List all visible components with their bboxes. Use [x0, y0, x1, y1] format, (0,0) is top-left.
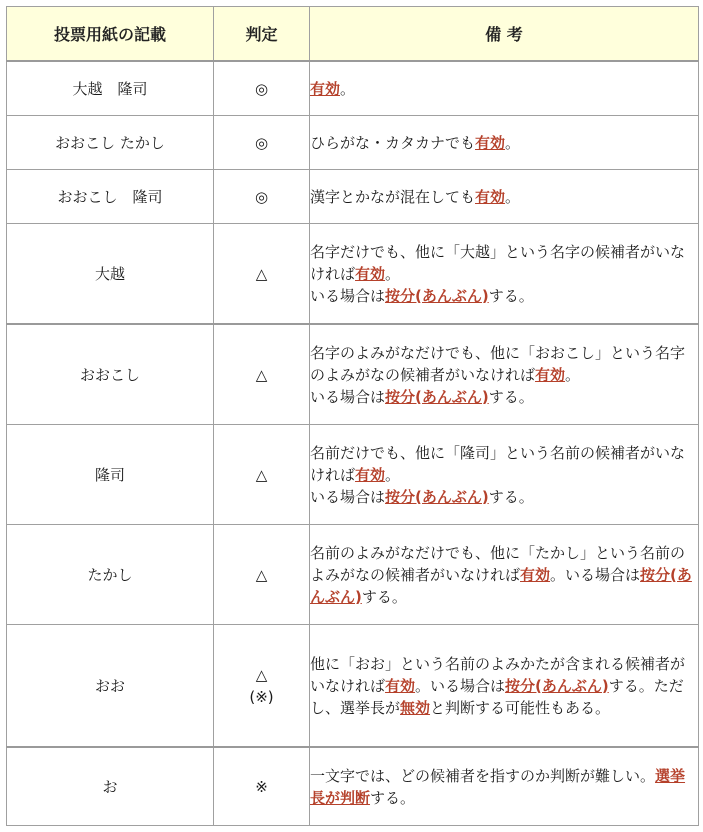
header-verdict: 判定 — [214, 7, 310, 62]
verdict-double-circle-icon: ◎ — [214, 132, 309, 154]
verdict-cell: △ — [214, 324, 310, 425]
note-cell: 名字だけでも、他に「大越」という名字の候補者がいなければ有効。いる場合は按分(あ… — [310, 224, 699, 325]
verdict-reference-mark-icon: ※ — [214, 776, 309, 798]
verdict-triangle-icon: △ — [214, 464, 309, 486]
keyword-link[interactable]: 按分(あんぶん) — [385, 488, 489, 506]
note-text: 漢字とかなが混在しても — [310, 188, 475, 206]
keyword-link[interactable]: 按分(あんぶん) — [505, 677, 609, 695]
table-row: お ※ 一文字では、どの候補者を指すのか判断が難しい。選挙長が判断する。 — [7, 747, 699, 826]
table-row: 隆司 △ 名前だけでも、他に「隆司」という名前の候補者がいなければ有効。いる場合… — [7, 425, 699, 525]
table-row: 大越 隆司 ◎ 有効。 — [7, 61, 699, 116]
verdict-cell: △ — [214, 224, 310, 325]
verdict-cell: ◎ — [214, 61, 310, 116]
ballot-entry-cell: おお — [7, 625, 214, 748]
note-cell: 名前のよみがなだけでも、他に「たかし」という名前のよみがなの候補者がいなければ有… — [310, 525, 699, 625]
verdict-cell: △ — [214, 425, 310, 525]
verdict-double-circle-icon: ◎ — [214, 186, 309, 208]
ballot-entry-cell: 隆司 — [7, 425, 214, 525]
table-row: 大越 △ 名字だけでも、他に「大越」という名字の候補者がいなければ有効。いる場合… — [7, 224, 699, 325]
verdict-cell: △ — [214, 525, 310, 625]
header-ballot-entry: 投票用紙の記載 — [7, 7, 214, 62]
note-text: する。 — [489, 287, 534, 305]
note-cell: 名字のよみがなだけでも、他に「おおこし」という名字のよみがなの候補者がいなければ… — [310, 324, 699, 425]
table-row: おお △ (※) 他に「おお」という名前のよみかたが含まれる候補者がいなければ有… — [7, 625, 699, 748]
keyword-link[interactable]: 有効 — [355, 265, 385, 283]
verdict-reference-mark: (※) — [214, 686, 309, 708]
table-header-row: 投票用紙の記載 判定 備 考 — [7, 7, 699, 62]
note-text: いる場合は — [310, 488, 385, 506]
note-text: 名字のよみがなだけでも、他に「おおこし」という名字のよみがなの候補者がいなければ — [310, 344, 685, 384]
table-row: おおこし △ 名字のよみがなだけでも、他に「おおこし」という名字のよみがなの候補… — [7, 324, 699, 425]
note-cell: 有効。 — [310, 61, 699, 116]
note-text: 。 — [565, 366, 580, 384]
note-cell: 名前だけでも、他に「隆司」という名前の候補者がいなければ有効。いる場合は按分(あ… — [310, 425, 699, 525]
keyword-link[interactable]: 有効 — [520, 566, 550, 584]
note-text: 一文字では、どの候補者を指すのか判断が難しい。 — [310, 767, 655, 785]
verdict-cell: ◎ — [214, 170, 310, 224]
ballot-entry-cell: おおこし 隆司 — [7, 170, 214, 224]
keyword-link[interactable]: 有効 — [355, 466, 385, 484]
note-text: 。 — [385, 466, 400, 484]
keyword-link[interactable]: 按分(あんぶん) — [385, 388, 489, 406]
note-text: する。 — [370, 789, 415, 807]
verdict-double-circle-icon: ◎ — [214, 78, 309, 100]
verdict-triangle-icon: △ — [214, 364, 309, 386]
header-notes: 備 考 — [310, 7, 699, 62]
note-cell: 漢字とかなが混在しても有効。 — [310, 170, 699, 224]
ballot-entry-cell: 大越 — [7, 224, 214, 325]
note-text: 。 — [385, 265, 400, 283]
note-text: 。 — [505, 188, 520, 206]
keyword-link[interactable]: 按分(あんぶん) — [385, 287, 489, 305]
table-row: おおこし 隆司 ◎ 漢字とかなが混在しても有効。 — [7, 170, 699, 224]
note-text: いる場合は — [310, 287, 385, 305]
ballot-entry-cell: お — [7, 747, 214, 826]
ballot-entry-cell: 大越 隆司 — [7, 61, 214, 116]
ballot-entry-cell: おおこし — [7, 324, 214, 425]
table-row: たかし △ 名前のよみがなだけでも、他に「たかし」という名前のよみがなの候補者が… — [7, 525, 699, 625]
note-text: 。 — [505, 134, 520, 152]
keyword-link[interactable]: 有効 — [385, 677, 415, 695]
note-text: と判断する可能性もある。 — [430, 699, 610, 717]
verdict-cell: ※ — [214, 747, 310, 826]
note-text: する。 — [362, 588, 407, 606]
note-text: する。 — [489, 388, 534, 406]
note-cell: 一文字では、どの候補者を指すのか判断が難しい。選挙長が判断する。 — [310, 747, 699, 826]
verdict-cell: △ (※) — [214, 625, 310, 748]
keyword-link[interactable]: 有効 — [535, 366, 565, 384]
keyword-link[interactable]: 有効 — [475, 188, 505, 206]
keyword-link[interactable]: 有効 — [310, 80, 340, 98]
verdict-triangle-icon: △ — [214, 263, 309, 285]
note-text: ひらがな・カタカナでも — [310, 134, 475, 152]
note-text: する。 — [489, 488, 534, 506]
ballot-validity-table: 投票用紙の記載 判定 備 考 大越 隆司 ◎ 有効。 おおこし たかし ◎ ひら… — [6, 6, 699, 826]
ballot-entry-cell: おおこし たかし — [7, 116, 214, 170]
verdict-triangle-icon: △ — [214, 664, 309, 686]
note-text: いる場合は — [310, 388, 385, 406]
keyword-link[interactable]: 無効 — [400, 699, 430, 717]
note-cell: 他に「おお」という名前のよみかたが含まれる候補者がいなければ有効。いる場合は按分… — [310, 625, 699, 748]
ballot-entry-cell: たかし — [7, 525, 214, 625]
table-row: おおこし たかし ◎ ひらがな・カタカナでも有効。 — [7, 116, 699, 170]
note-cell: ひらがな・カタカナでも有効。 — [310, 116, 699, 170]
verdict-cell: ◎ — [214, 116, 310, 170]
note-text: 。いる場合は — [415, 677, 505, 695]
keyword-link[interactable]: 有効 — [475, 134, 505, 152]
note-text: 。いる場合は — [550, 566, 640, 584]
verdict-triangle-icon: △ — [214, 564, 309, 586]
note-text: 。 — [340, 80, 355, 98]
